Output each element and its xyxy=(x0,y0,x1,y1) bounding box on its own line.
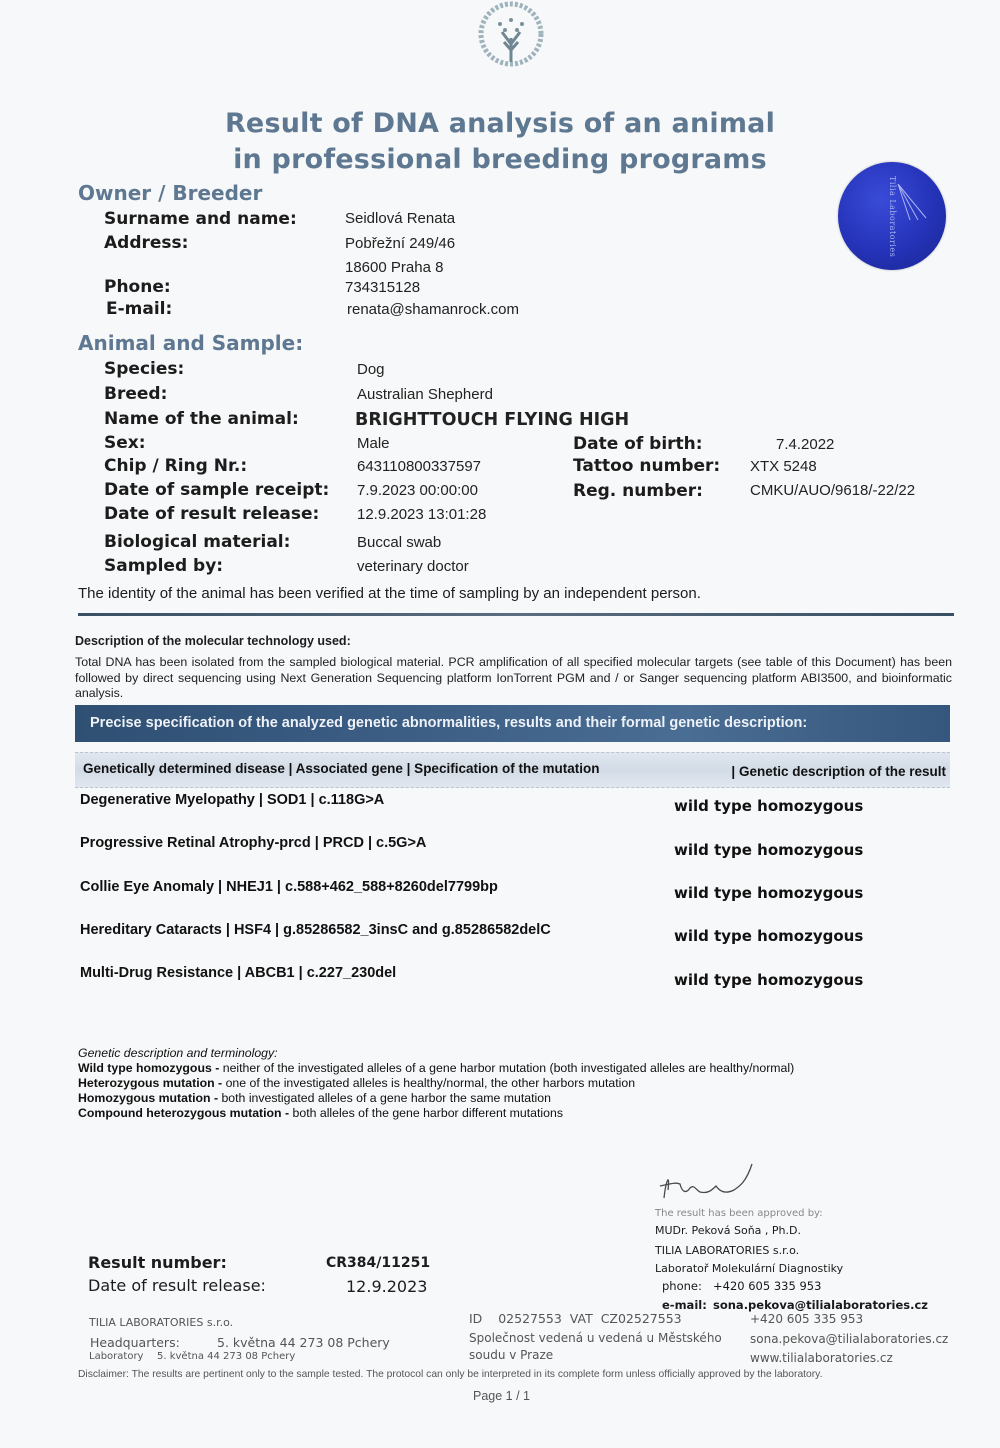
technology-title: Description of the molecular technology … xyxy=(75,634,351,648)
terminology-item: Heterozygous mutation - one of the inves… xyxy=(78,1076,635,1090)
approver-name: MUDr. Peková Soňa , Ph.D. xyxy=(655,1224,801,1237)
animal-heading: Animal and Sample: xyxy=(78,331,303,355)
dob-label: Date of birth: xyxy=(573,434,703,454)
owner-email-value: renata@shamanrock.com xyxy=(347,301,519,318)
results-banner: Precise specification of the analyzed ge… xyxy=(75,705,950,742)
approver-phone: +420 605 335 953 xyxy=(713,1279,821,1293)
terminology-item: Homozygous mutation - both investigated … xyxy=(78,1091,551,1105)
terminology-item: Compound heterozygous mutation - both al… xyxy=(78,1106,563,1120)
footer-court-line1: Společnost vedená u vedená u Městského xyxy=(469,1331,722,1345)
owner-address-line1: Pobřežní 249/46 xyxy=(345,235,455,252)
footer-hq-label: Headquarters: xyxy=(90,1335,180,1350)
sex-value: Male xyxy=(357,435,390,452)
owner-address-label: Address: xyxy=(104,233,188,253)
footer-court-line2: soudu v Praze xyxy=(469,1348,553,1362)
chip-value: 643110800337597 xyxy=(357,458,481,475)
table-row-disease: Collie Eye Anomaly | NHEJ1 | c.588+462_5… xyxy=(80,879,498,895)
reg-value: CMKU/AUO/9618/-22/22 xyxy=(750,482,915,499)
result-release-label: Date of result release: xyxy=(88,1276,266,1295)
sampled-by-label: Sampled by: xyxy=(104,556,223,576)
table-row-result: wild type homozygous xyxy=(674,797,863,815)
technology-body: Total DNA has been isolated from the sam… xyxy=(75,655,952,702)
tilia-tree-logo-icon xyxy=(466,0,556,72)
owner-heading: Owner / Breeder xyxy=(78,181,262,205)
breed-value: Australian Shepherd xyxy=(357,386,493,403)
table-row-disease: Progressive Retinal Atrophy-prcd | PRCD … xyxy=(80,835,426,851)
owner-phone-label: Phone: xyxy=(104,277,171,297)
footer-id-vat: ID 02527553 VAT CZ02527553 xyxy=(469,1311,682,1326)
terminology-item: Wild type homozygous - neither of the in… xyxy=(78,1061,794,1075)
footer-phone: +420 605 335 953 xyxy=(750,1312,863,1326)
footer-lab-label: Laboratory xyxy=(89,1351,143,1362)
header-genetic-description: | Genetic description of the result xyxy=(731,764,946,779)
animal-name-value: BRIGHTTOUCH FLYING HIGH xyxy=(355,410,629,430)
table-row-result: wild type homozygous xyxy=(674,841,863,859)
tattoo-label: Tattoo number: xyxy=(573,456,720,476)
hologram-seal-icon: Tilia Laboratories xyxy=(838,162,946,270)
terminology-title: Genetic description and terminology: xyxy=(78,1046,278,1060)
dob-value: 7.4.2022 xyxy=(776,436,834,453)
chip-label: Chip / Ring Nr.: xyxy=(104,456,247,476)
approver-email[interactable]: sona.pekova@tilialaboratories.cz xyxy=(713,1298,928,1312)
sex-label: Sex: xyxy=(104,433,146,453)
result-number-label: Result number: xyxy=(88,1253,227,1272)
footer-email[interactable]: sona.pekova@tilialaboratories.cz xyxy=(750,1332,948,1346)
animal-name-label: Name of the animal: xyxy=(104,409,299,429)
document-title-line1: Result of DNA analysis of an animal xyxy=(150,106,850,142)
receipt-label: Date of sample receipt: xyxy=(104,480,329,500)
disclaimer: Disclaimer: The results are pertinent on… xyxy=(78,1369,822,1380)
footer-website-link[interactable]: www.tilialaboratories.cz xyxy=(750,1351,893,1365)
release-value: 12.9.2023 13:01:28 xyxy=(357,506,486,523)
owner-name-value: Seidlová Renata xyxy=(345,210,455,227)
divider xyxy=(78,613,954,616)
result-release-value: 12.9.2023 xyxy=(346,1277,427,1296)
footer-lab: 5. května 44 273 08 Pchery xyxy=(157,1351,295,1362)
species-value: Dog xyxy=(357,361,385,378)
header-disease-gene-mutation: Genetically determined disease | Associa… xyxy=(83,761,599,776)
reg-label: Reg. number: xyxy=(573,481,703,501)
owner-address-line2: 18600 Praha 8 xyxy=(345,259,443,276)
table-row-result: wild type homozygous xyxy=(674,971,863,989)
page-number: Page 1 / 1 xyxy=(473,1389,530,1403)
breed-label: Breed: xyxy=(104,384,167,404)
document-title-line2: in professional breeding programs xyxy=(150,142,850,178)
owner-phone-value: 734315128 xyxy=(345,279,420,296)
table-row-result: wild type homozygous xyxy=(674,884,863,902)
footer-company: TILIA LABORATORIES s.r.o. xyxy=(89,1316,233,1329)
release-label: Date of result release: xyxy=(104,504,319,524)
material-value: Buccal swab xyxy=(357,534,441,551)
footer-hq: 5. května 44 273 08 Pchery xyxy=(217,1335,390,1350)
result-number-value: CR384/11251 xyxy=(326,1255,430,1271)
handwritten-signature-icon xyxy=(656,1160,766,1205)
owner-name-label: Surname and name: xyxy=(104,209,297,229)
approver-phone-label: phone: xyxy=(662,1279,702,1293)
material-label: Biological material: xyxy=(104,532,290,552)
receipt-value: 7.9.2023 00:00:00 xyxy=(357,482,478,499)
identity-note: The identity of the animal has been veri… xyxy=(78,585,701,602)
tattoo-value: XTX 5248 xyxy=(750,458,817,475)
results-table-header: Genetically determined disease | Associa… xyxy=(75,752,950,788)
approver-department: Laboratoř Molekulární Diagnostiky xyxy=(655,1262,843,1275)
table-row-disease: Hereditary Cataracts | HSF4 | g.85286582… xyxy=(80,922,551,938)
sampled-by-value: veterinary doctor xyxy=(357,558,469,575)
approver-email-label: e-mail: xyxy=(662,1298,707,1312)
species-label: Species: xyxy=(104,359,184,379)
approver-company: TILIA LABORATORIES s.r.o. xyxy=(655,1244,799,1257)
table-row-disease: Degenerative Myelopathy | SOD1 | c.118G>… xyxy=(80,792,384,808)
table-row-disease: Multi-Drug Resistance | ABCB1 | c.227_23… xyxy=(80,965,396,981)
table-row-result: wild type homozygous xyxy=(674,927,863,945)
owner-email-label: E-mail: xyxy=(106,299,172,319)
approved-by-text: The result has been approved by: xyxy=(655,1208,823,1219)
